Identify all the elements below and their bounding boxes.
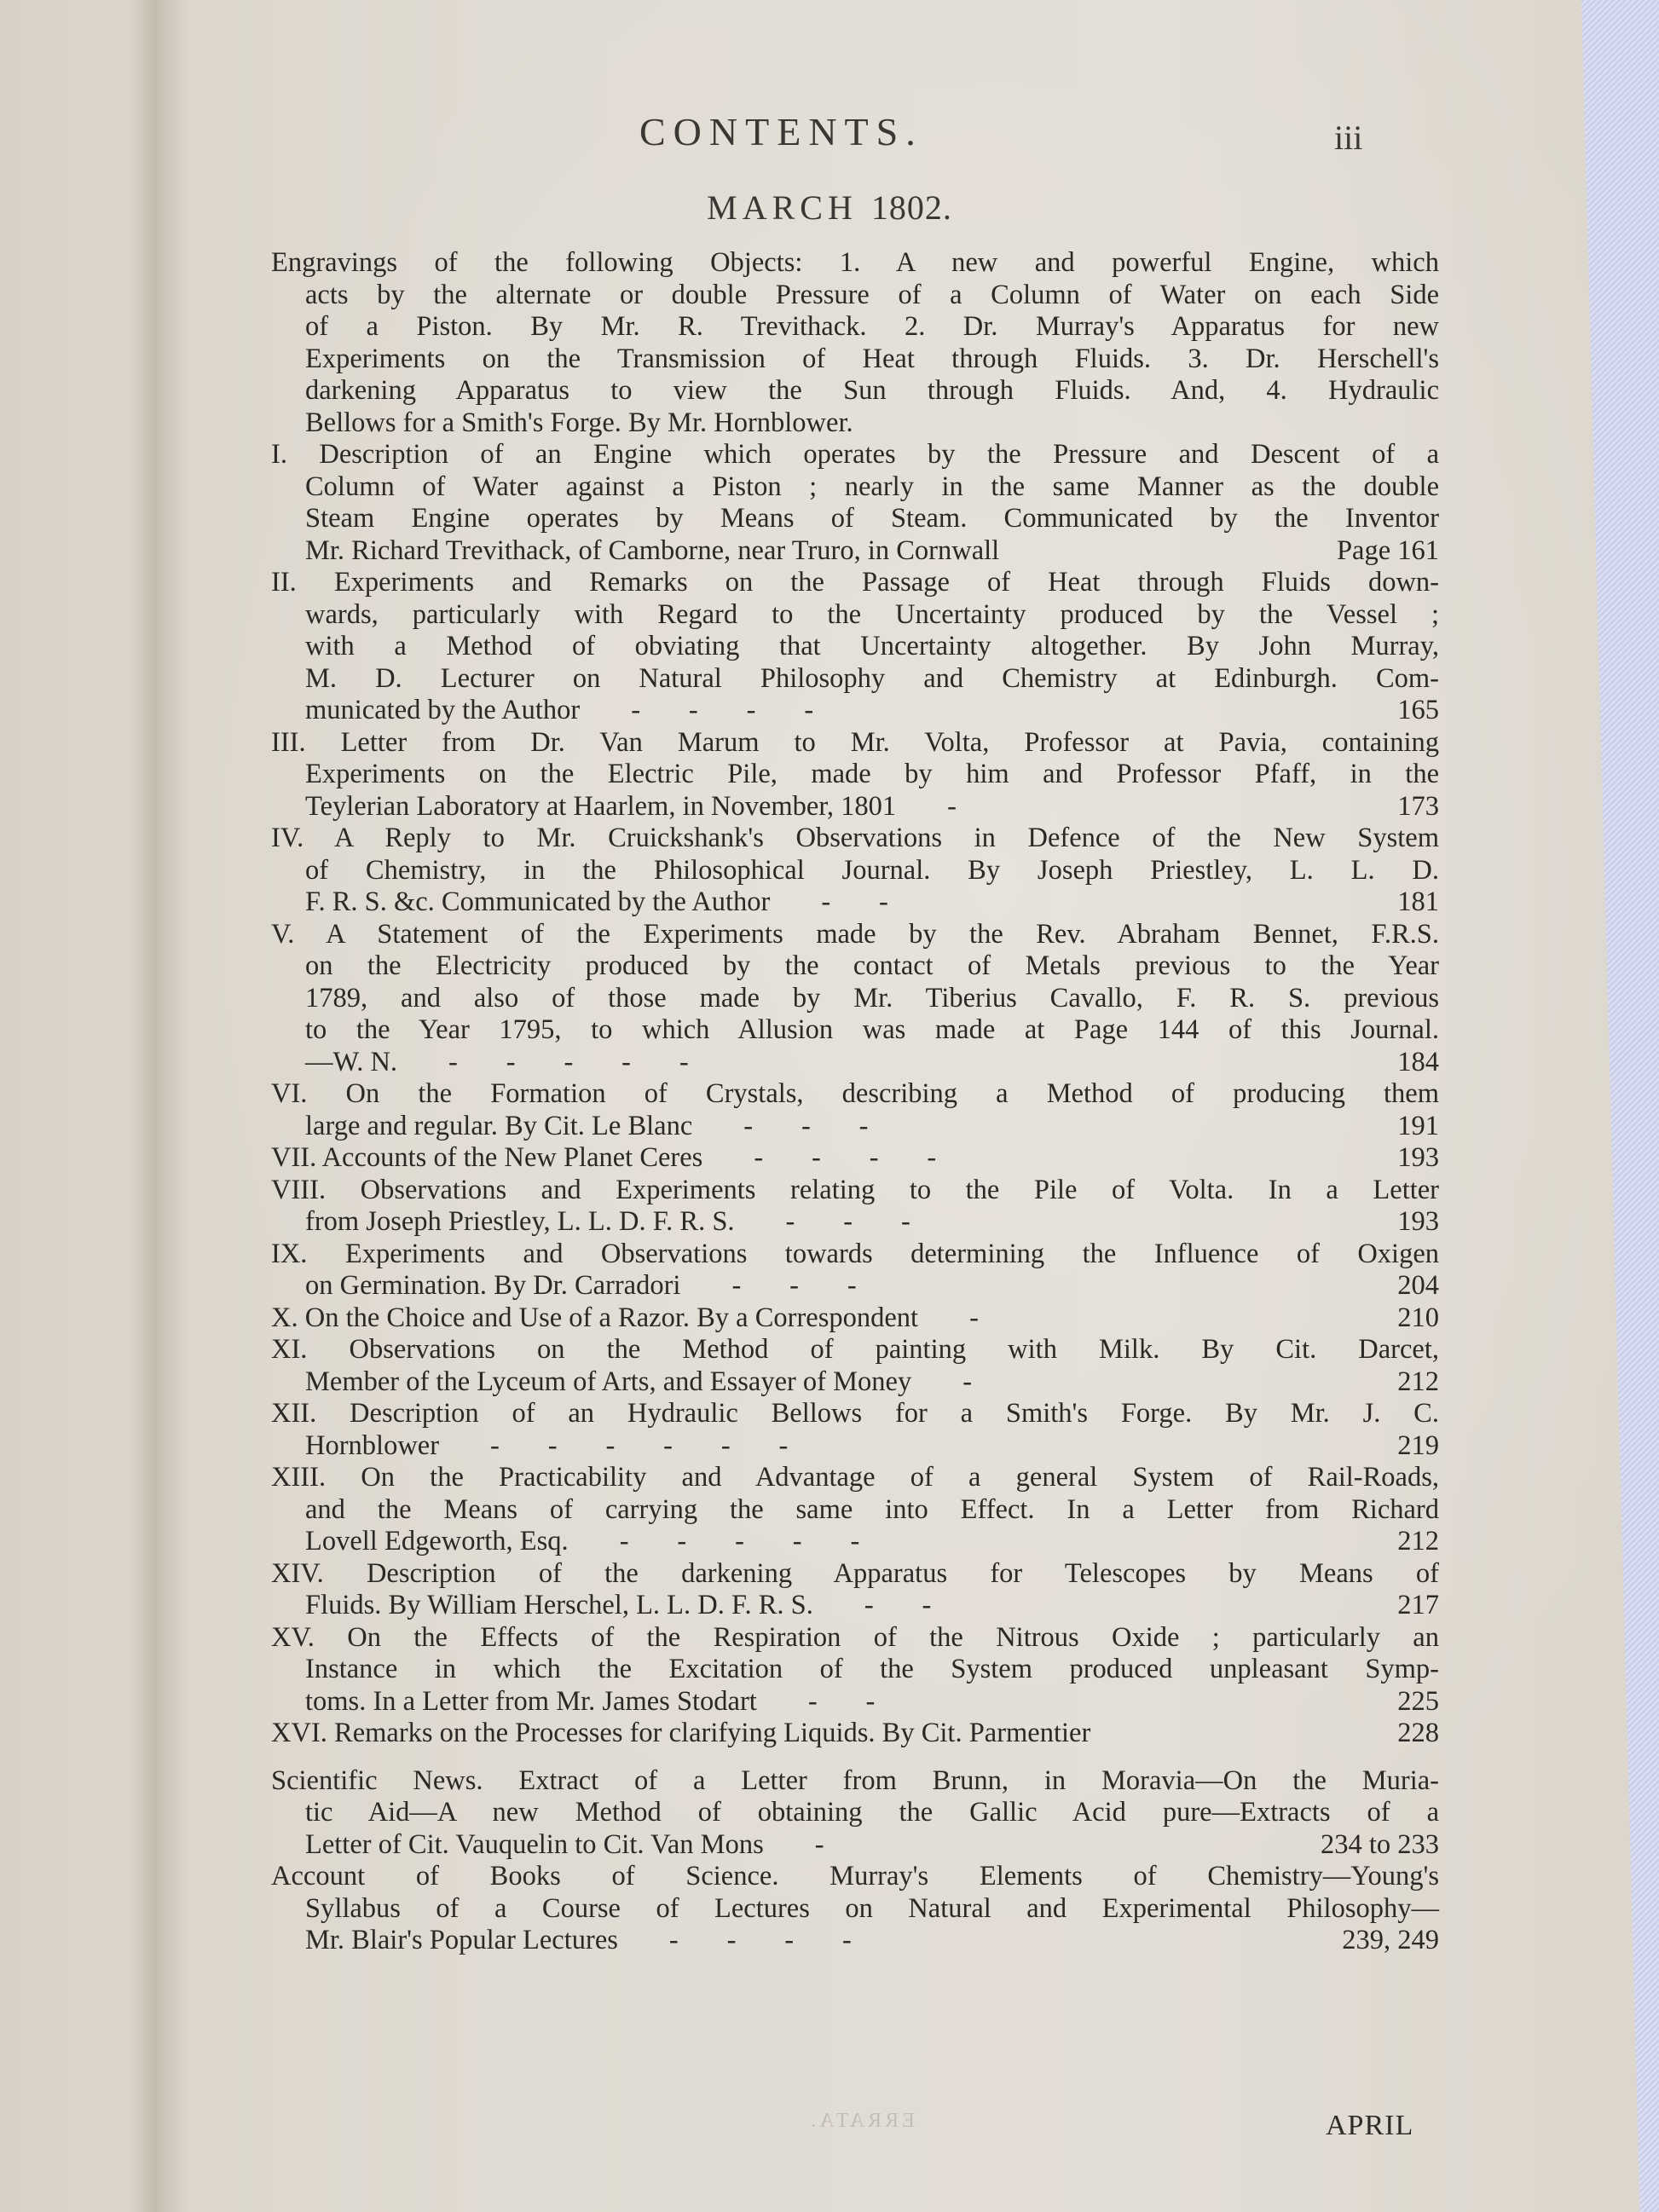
toc-line-text: Mr. Richard Trevithack, of Camborne, nea… <box>305 535 999 566</box>
toc-line: 225toms. In a Letter from Mr. James Stod… <box>271 1686 1439 1718</box>
toc-line-text: municated by the Author <box>305 695 580 725</box>
page-number: 212 <box>1397 1526 1439 1558</box>
toc-line: 212Lovell Edgeworth, Esq.- - - - - <box>271 1526 1439 1558</box>
toc-entry: VI. On the Formation of Crystals, descri… <box>271 1078 1439 1142</box>
toc-line: 1789, and also of those made by Mr. Tibe… <box>271 983 1439 1015</box>
toc-line: III. Letter from Dr. Van Marum to Mr. Vo… <box>271 727 1439 759</box>
toc-line-text: X. On the Choice and Use of a Razor. By … <box>271 1302 918 1333</box>
dot-leaders: - <box>962 1366 972 1397</box>
toc-line: V. A Statement of the Experiments made b… <box>271 919 1439 951</box>
page-number: 193 <box>1397 1206 1439 1239</box>
dot-leaders: - <box>815 1829 824 1860</box>
page-number: 228 <box>1397 1718 1439 1750</box>
toc-line: Steam Engine operates by Means of Steam.… <box>271 503 1439 535</box>
page-number: 210 <box>1397 1302 1439 1335</box>
toc-entry: II. Experiments and Remarks on the Passa… <box>271 567 1439 727</box>
page-number: 225 <box>1397 1686 1439 1718</box>
toc-line: Engravings of the following Objects: 1. … <box>271 247 1439 280</box>
toc-entry: IX. Experiments and Observations towards… <box>271 1239 1439 1302</box>
toc-line: M. D. Lecturer on Natural Philosophy and… <box>271 663 1439 696</box>
page-number: 165 <box>1397 695 1439 727</box>
page-number: Page 161 <box>1337 535 1439 568</box>
gutter-shadow <box>128 0 188 2212</box>
background-cloth <box>1540 0 1659 2212</box>
toc-line-text: Hornblower <box>305 1430 439 1461</box>
toc-line: Bellows for a Smith's Forge. By Mr. Horn… <box>271 407 1439 440</box>
toc-line: IV. A Reply to Mr. Cruickshank's Observa… <box>271 823 1439 855</box>
toc-line-text: Member of the Lyceum of Arts, and Essaye… <box>305 1366 911 1397</box>
toc-entry: Account of Books of Science. Murray's El… <box>271 1861 1439 1957</box>
toc-line: with a Method of obviating that Uncertai… <box>271 631 1439 663</box>
dot-leaders: - <box>969 1302 979 1333</box>
toc-line: 219Hornblower- - - - - - <box>271 1430 1439 1463</box>
toc-line-text: —W. N. <box>305 1047 397 1077</box>
running-title: CONTENTS. <box>639 109 923 154</box>
section-month: MARCH <box>707 188 858 227</box>
dot-leaders: - - <box>864 1590 932 1620</box>
toc-line-text: Mr. Blair's Popular Lectures <box>305 1925 618 1955</box>
toc-line: 217Fluids. By William Herschel, L. L. D.… <box>271 1590 1439 1622</box>
book-page: CONTENTS. iii MARCH 1802. Engravings of … <box>0 0 1659 2212</box>
toc-line: acts by the alternate or double Pressure… <box>271 280 1439 312</box>
page-number: 184 <box>1397 1047 1439 1079</box>
toc-line: IX. Experiments and Observations towards… <box>271 1239 1439 1271</box>
toc-line: on the Electricity produced by the conta… <box>271 950 1439 983</box>
toc-line: Account of Books of Science. Murray's El… <box>271 1861 1439 1893</box>
toc-line-text: Teylerian Laboratory at Haarlem, in Nove… <box>305 791 896 822</box>
toc-line-text: on Germination. By Dr. Carradori <box>305 1270 680 1301</box>
toc-line: XV. On the Effects of the Respiration of… <box>271 1622 1439 1655</box>
toc-line: 193from Joseph Priestley, L. L. D. F. R.… <box>271 1206 1439 1239</box>
dot-leaders: - - - <box>743 1111 868 1141</box>
toc-line-text: Bellows for a Smith's Forge. By Mr. Horn… <box>305 407 853 438</box>
dot-leaders: - <box>947 791 957 822</box>
toc-line: XII. Description of an Hydraulic Bellows… <box>271 1398 1439 1430</box>
toc-line-text: Lovell Edgeworth, Esq. <box>305 1526 569 1556</box>
dot-leaders: - - - <box>731 1270 856 1301</box>
running-head: CONTENTS. iii <box>0 109 1659 160</box>
section-gap <box>271 1750 1439 1765</box>
toc-line-text: large and regular. By Cit. Le Blanc <box>305 1111 692 1141</box>
catchword: APRIL <box>1326 2110 1413 2142</box>
toc-line: darkening Apparatus to view the Sun thro… <box>271 375 1439 407</box>
dot-leaders: - - - - <box>631 695 813 725</box>
page-number: 204 <box>1397 1270 1439 1302</box>
toc-line: 165municated by the Author- - - - <box>271 695 1439 727</box>
toc-line: Page 161Mr. Richard Trevithack, of Cambo… <box>271 535 1439 568</box>
toc-line: of Chemistry, in the Philosophical Journ… <box>271 855 1439 887</box>
toc-line: 184—W. N.- - - - - <box>271 1047 1439 1079</box>
section-heading: MARCH 1802. <box>0 188 1659 228</box>
toc-line: wards, particularly with Regard to the U… <box>271 599 1439 632</box>
toc-entry: 193VII. Accounts of the New Planet Ceres… <box>271 1142 1439 1175</box>
page-number: 217 <box>1397 1590 1439 1622</box>
toc-entry: Scientific News. Extract of a Letter fro… <box>271 1765 1439 1862</box>
toc-line: 234 to 233Letter of Cit. Vauquelin to Ci… <box>271 1829 1439 1862</box>
toc-entry: 228XVI. Remarks on the Processes for cla… <box>271 1718 1439 1750</box>
toc-line: and the Means of carrying the same into … <box>271 1494 1439 1527</box>
toc-line-text: toms. In a Letter from Mr. James Stodart <box>305 1686 757 1717</box>
toc-line: XIII. On the Practicability and Advantag… <box>271 1462 1439 1494</box>
toc-entry: VIII. Observations and Experiments relat… <box>271 1175 1439 1239</box>
toc-line: Column of Water against a Piston ; nearl… <box>271 471 1439 504</box>
toc-line: Experiments on the Transmission of Heat … <box>271 344 1439 376</box>
dot-leaders: - - - - - <box>448 1047 689 1077</box>
toc-line-text: Letter of Cit. Vauquelin to Cit. Van Mon… <box>305 1829 764 1860</box>
toc-line: VIII. Observations and Experiments relat… <box>271 1175 1439 1207</box>
toc-line: 210X. On the Choice and Use of a Razor. … <box>271 1302 1439 1335</box>
page-folio: iii <box>1334 118 1362 158</box>
page-number: 219 <box>1397 1430 1439 1463</box>
toc-entry: Engravings of the following Objects: 1. … <box>271 247 1439 439</box>
toc-line: Scientific News. Extract of a Letter fro… <box>271 1765 1439 1798</box>
toc-line: II. Experiments and Remarks on the Passa… <box>271 567 1439 599</box>
page-number: 173 <box>1397 791 1439 823</box>
toc-entry: XV. On the Effects of the Respiration of… <box>271 1622 1439 1718</box>
toc-line: VI. On the Formation of Crystals, descri… <box>271 1078 1439 1111</box>
toc-line: tic Aid—A new Method of obtaining the Ga… <box>271 1797 1439 1829</box>
dot-leaders: - - <box>808 1686 876 1717</box>
toc-entry: I. Description of an Engine which operat… <box>271 439 1439 567</box>
toc-line: XI. Observations on the Method of painti… <box>271 1334 1439 1366</box>
toc-line-text: Fluids. By William Herschel, L. L. D. F.… <box>305 1590 813 1620</box>
toc-entry: XI. Observations on the Method of painti… <box>271 1334 1439 1398</box>
toc-entry: IV. A Reply to Mr. Cruickshank's Observa… <box>271 823 1439 919</box>
dot-leaders: - - - - - <box>620 1526 860 1556</box>
toc-line: 228XVI. Remarks on the Processes for cla… <box>271 1718 1439 1750</box>
toc-line-text: VII. Accounts of the New Planet Ceres <box>271 1142 702 1173</box>
page-number: 193 <box>1397 1142 1439 1175</box>
section-year: 1802. <box>871 188 952 227</box>
toc-entry: III. Letter from Dr. Van Marum to Mr. Vo… <box>271 727 1439 823</box>
toc-line: 173Teylerian Laboratory at Haarlem, in N… <box>271 791 1439 823</box>
toc-entry: V. A Statement of the Experiments made b… <box>271 919 1439 1079</box>
table-of-contents: Engravings of the following Objects: 1. … <box>271 247 1439 1957</box>
toc-line: Syllabus of a Course of Lectures on Natu… <box>271 1893 1439 1926</box>
show-through-text: ERRATA. <box>281 2105 1441 2167</box>
toc-line-text: from Joseph Priestley, L. L. D. F. R. S. <box>305 1206 735 1237</box>
page-number: 239, 249 <box>1342 1925 1439 1957</box>
page-number: 212 <box>1397 1366 1439 1399</box>
toc-line: Experiments on the Electric Pile, made b… <box>271 759 1439 791</box>
page-number: 191 <box>1397 1111 1439 1143</box>
dot-leaders: - - - - <box>669 1925 852 1955</box>
toc-line-text: XVI. Remarks on the Processes for clarif… <box>271 1718 1090 1748</box>
toc-line: 212Member of the Lyceum of Arts, and Ess… <box>271 1366 1439 1399</box>
dot-leaders: - - - - - - <box>490 1430 788 1461</box>
toc-line: to the Year 1795, to which Allusion was … <box>271 1014 1439 1047</box>
page-number: 181 <box>1397 887 1439 919</box>
toc-entry: 210X. On the Choice and Use of a Razor. … <box>271 1302 1439 1335</box>
toc-line: Instance in which the Excitation of the … <box>271 1654 1439 1686</box>
toc-entry: XIII. On the Practicability and Advantag… <box>271 1462 1439 1558</box>
toc-line: I. Description of an Engine which operat… <box>271 439 1439 471</box>
toc-line: 191large and regular. By Cit. Le Blanc- … <box>271 1111 1439 1143</box>
dot-leaders: - - - - <box>754 1142 936 1173</box>
toc-line: XIV. Description of the darkening Appara… <box>271 1558 1439 1591</box>
dot-leaders: - - <box>821 887 888 917</box>
toc-line: of a Piston. By Mr. R. Trevithack. 2. Dr… <box>271 311 1439 344</box>
toc-entry: XIV. Description of the darkening Appara… <box>271 1558 1439 1622</box>
toc-line: 193VII. Accounts of the New Planet Ceres… <box>271 1142 1439 1175</box>
dot-leaders: - - - <box>786 1206 910 1237</box>
toc-line: 181F. R. S. &c. Communicated by the Auth… <box>271 887 1439 919</box>
page-number: 234 to 233 <box>1321 1829 1439 1862</box>
toc-line: 204on Germination. By Dr. Carradori- - - <box>271 1270 1439 1302</box>
toc-line: 239, 249Mr. Blair's Popular Lectures- - … <box>271 1925 1439 1957</box>
toc-line-text: F. R. S. &c. Communicated by the Author <box>305 887 770 917</box>
toc-entry: XII. Description of an Hydraulic Bellows… <box>271 1398 1439 1462</box>
